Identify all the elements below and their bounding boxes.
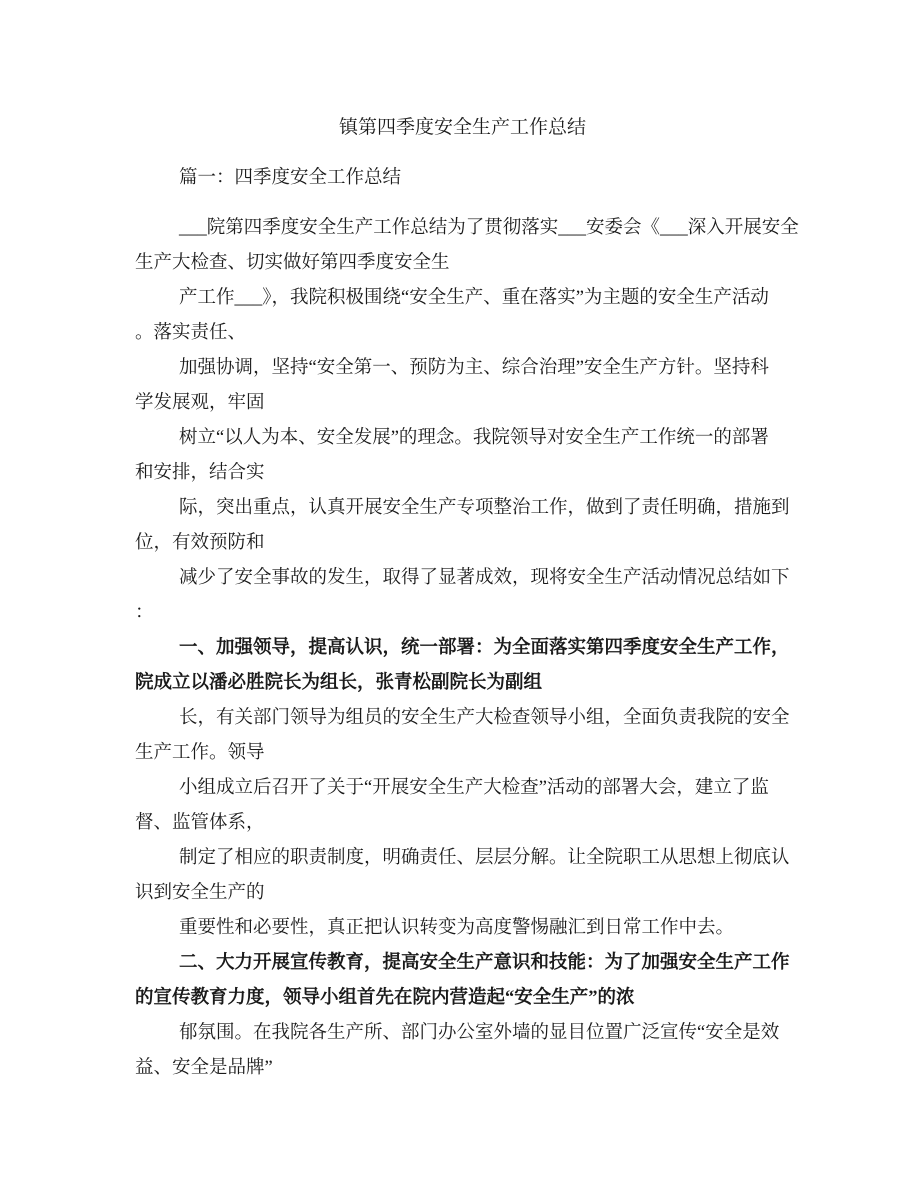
document-line: 识到安全生产的 — [135, 876, 790, 911]
document-line: 学发展观，牢固 — [135, 386, 790, 421]
document-line: 和安排，结合实 — [135, 456, 790, 491]
section-heading-line: 一、加强领导，提高认识，统一部署：为全面落实第四季度安全生产工作， — [135, 631, 834, 666]
document-line: 督、监管体系， — [135, 806, 790, 841]
document-line: 生产大检查、切实做好第四季度安全生 — [135, 246, 790, 281]
document-line: 际，突出重点，认真开展安全生产专项整治工作，做到了责任明确，措施到 — [135, 491, 834, 526]
document-line: 产工作___》，我院积极围绕“安全生产、重在落实”为主题的安全生产活动 — [135, 281, 834, 316]
document-line: 位，有效预防和 — [135, 526, 790, 561]
section-heading-line: 二、大力开展宣传教育，提高安全生产意识和技能：为了加强安全生产工作 — [135, 946, 834, 981]
document-line: 小组成立后召开了关于“开展安全生产大检查”活动的部署大会，建立了监 — [135, 771, 834, 806]
document-line: 加强协调，坚持“安全第一、预防为主、综合治理”安全生产方针。坚持科 — [135, 351, 834, 386]
document-line: 重要性和必要性，真正把认识转变为高度警惕融汇到日常工作中去。 — [135, 911, 834, 946]
document-line: 生产工作。领导 — [135, 736, 790, 771]
document-line: 郁氛围。在我院各生产所、部门办公室外墙的显目位置广泛宣传“安全是效 — [135, 1016, 834, 1051]
section-heading-line: 院成立以潘必胜院长为组长，张青松副院长为副组 — [135, 666, 790, 701]
document-title: 镇第四季度安全生产工作总结 — [135, 110, 790, 146]
document-line: ： — [135, 596, 790, 631]
document-page: 镇第四季度安全生产工作总结 篇一：四季度安全工作总结 ___院第四季度安全生产工… — [0, 0, 920, 1191]
document-line: 树立“以人为本、安全发展”的理念。我院领导对安全生产工作统一的部署 — [135, 421, 834, 456]
document-line: 益、安全是品牌” — [135, 1051, 790, 1086]
section-heading-line: 的宣传教育力度，领导小组首先在院内营造起“安全生产”的浓 — [135, 981, 790, 1016]
document-line: 制定了相应的职责制度，明确责任、层层分解。让全院职工从思想上彻底认 — [135, 841, 834, 876]
document-line: 篇一：四季度安全工作总结 — [135, 161, 834, 196]
document-line: 长，有关部门领导为组员的安全生产大检查领导小组，全面负责我院的安全 — [135, 701, 834, 736]
document-line: ___院第四季度安全生产工作总结为了贯彻落实___安委会《___深入开展安全 — [135, 211, 834, 246]
document-line: 减少了安全事故的发生，取得了显著成效，现将安全生产活动情况总结如下 — [135, 561, 834, 596]
document-line: 。落实责任、 — [135, 316, 790, 351]
